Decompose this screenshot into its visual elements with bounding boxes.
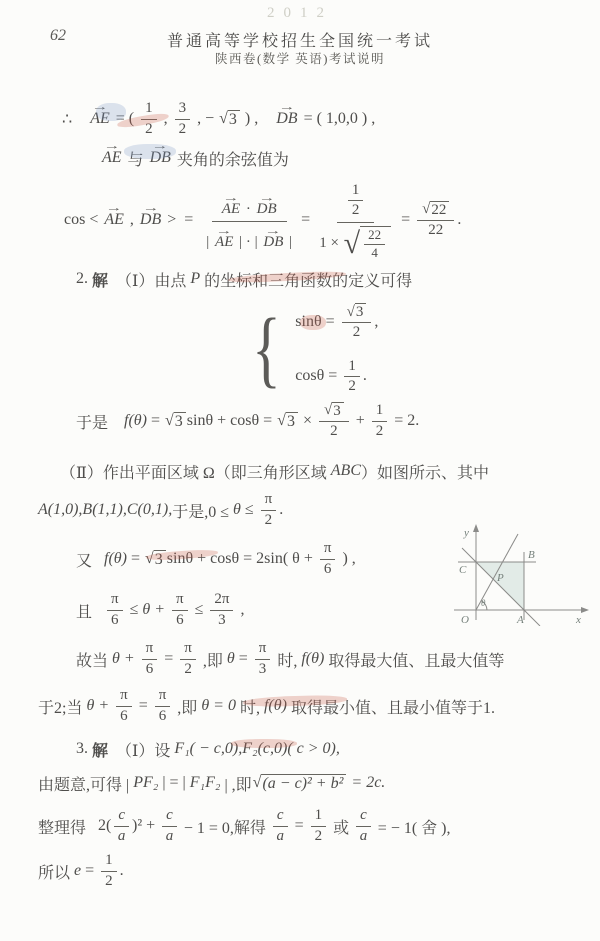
fraction-numerator: 1: [372, 402, 388, 421]
cjk-text: 又: [76, 548, 104, 571]
cjk-text: | ,即: [220, 772, 251, 795]
cjk-text: 或: [329, 815, 353, 838]
cjk-text: （Ⅱ）作出平面区域 Ω（即三角形区域: [60, 460, 331, 483]
fraction-numerator: 22: [364, 228, 385, 245]
radical-sign: √: [219, 111, 228, 127]
system-row-cos: cosθ = 12 .: [295, 358, 378, 396]
fraction-pi-6: π6: [172, 591, 188, 629]
cjk-text: − 1 = 0,解得: [180, 815, 270, 838]
fraction-denominator: 6: [176, 611, 184, 629]
fraction-denominator: 6: [324, 560, 332, 578]
cjk-text: ,即: [173, 695, 201, 718]
cjk-text: 夹角的余弦值为: [173, 147, 289, 170]
fraction-numerator: π: [155, 687, 171, 706]
fraction-c-a: ca: [114, 807, 129, 845]
leq: ≤: [241, 501, 258, 519]
figure-label-o: O: [461, 614, 469, 626]
fraction-denominator: 2: [330, 422, 338, 440]
equals: =: [326, 313, 339, 331]
cjk-text: 故当: [76, 648, 112, 671]
fraction-numerator: 12: [337, 179, 375, 224]
fraction-pi-6: π6: [142, 640, 158, 678]
cjk-text: 时,: [236, 695, 264, 718]
var-theta: θ: [227, 650, 235, 668]
fraction-numerator: 1: [344, 358, 360, 377]
equals: =: [291, 817, 308, 835]
fraction-1-2: 12: [311, 807, 327, 845]
math-text: , −: [193, 110, 218, 128]
line-vertices: A(1,0),B(1,1),C(0,1), 于是,0 ≤ θ ≤ π2 .: [38, 489, 283, 531]
system-trig: { sinθ = √32 , cosθ = 12 .: [252, 303, 378, 395]
line-eccentricity: 所以 e = 12 .: [38, 848, 124, 894]
math-text: ,: [126, 211, 138, 229]
math-text: |: [206, 234, 213, 251]
page-subtitle: 陕西卷(数学 英语)考试说明: [0, 49, 600, 67]
radical-sign: √: [422, 202, 430, 217]
period: .: [363, 367, 367, 385]
fraction: 224: [364, 228, 385, 261]
vector-db: DB: [276, 110, 297, 128]
cjk-text: 取得最小值、且最小值等于1.: [287, 695, 495, 718]
radicand: 3: [154, 550, 166, 569]
fraction-numerator: 1: [311, 807, 327, 826]
fraction-numerator: 3: [175, 100, 191, 119]
equals: =: [397, 211, 414, 229]
fraction-c-a: ca: [356, 807, 371, 845]
cjk-text: （Ⅰ）设: [108, 738, 174, 761]
vector-db: DB: [150, 149, 171, 167]
fraction-denominator: 6: [146, 660, 154, 678]
fraction-numerator: √3: [342, 303, 372, 323]
fraction-result: √22 22: [417, 201, 454, 240]
vector-db: DB: [263, 234, 283, 251]
line-max-value: 故当 θ + π6 = π2 ,即 θ = π3 时, f(θ) 取得最大值、且…: [76, 637, 504, 681]
period: .: [457, 211, 461, 229]
cjk-text: 于是,0 ≤: [172, 499, 233, 522]
cjk-text: ,即: [199, 648, 227, 671]
cjk-text: 时,: [273, 648, 301, 671]
segment-pf2: PF₂: [133, 774, 158, 792]
fraction-pi-6: π6: [155, 687, 171, 725]
cjk-text: ）如图所示、其中: [361, 460, 489, 483]
line-solution3: 3. 解 （Ⅰ）设 F₁( − c,0),F₂(c,0)( c > 0),: [76, 735, 340, 763]
fraction-numerator: c: [114, 807, 129, 826]
fraction-denominator: a: [360, 827, 368, 845]
fraction-denominator: 2: [184, 660, 192, 678]
fraction-denominator: | AE | · | DB |: [206, 222, 292, 251]
radicand: 22: [430, 201, 449, 219]
fraction-denominator: 2: [315, 827, 323, 845]
cjk-text: 于是: [76, 410, 124, 433]
fraction-pi-2: π2: [180, 640, 196, 678]
fraction-1-2: 12: [101, 852, 117, 890]
figure-label-x: x: [575, 614, 581, 626]
fraction-denominator: 6: [120, 707, 128, 725]
item-number: 2.: [76, 270, 92, 288]
sqrt-3: √3: [277, 412, 298, 431]
fraction-denominator: 2: [145, 120, 153, 138]
fraction-numerator: π: [261, 491, 277, 510]
fraction-numerator: π: [255, 640, 271, 659]
var-e: e: [74, 862, 81, 880]
math-text: |: [285, 234, 292, 251]
equals: =: [127, 550, 144, 568]
fraction-numerator: 2π: [210, 591, 233, 610]
sqrt-3: √3: [145, 550, 166, 569]
radicand: (a − c)² + b²: [261, 774, 346, 793]
item-number: 3.: [76, 740, 92, 758]
sqrt-expression: √(a − c)² + b²: [253, 774, 347, 793]
fraction-denominator: 6: [159, 707, 167, 725]
fraction-denominator: a: [118, 827, 126, 845]
var-abc: ABC: [331, 462, 361, 480]
equals: =: [235, 650, 252, 668]
line-min-value: 于2;当 θ + π6 = π6 ,即 θ = 0 时, f(θ) 取得最小值、…: [38, 684, 495, 728]
cjk-text: 与: [124, 147, 148, 170]
sqrt-3: √3: [165, 412, 186, 431]
fraction-2pi-3: 2π3: [210, 591, 233, 629]
cjk-text: 取得最大值、且最大值等: [324, 648, 504, 671]
fraction-denominator: 22: [428, 221, 443, 239]
figure-label-a: A: [516, 614, 524, 626]
cjk-text: 由题意,可得 |: [38, 772, 133, 795]
fraction-numerator: 1: [141, 100, 157, 119]
fraction-numerator: π: [116, 687, 132, 706]
fraction-denominator: 2: [348, 377, 356, 395]
var-theta: θ = 0: [201, 697, 236, 715]
fraction-denominator: 1 × √224: [319, 223, 392, 261]
fraction-pi-6: π6: [107, 591, 123, 629]
math-text: = ( 1,0,0 ) ,: [300, 110, 376, 128]
math-text: | · |: [235, 234, 261, 251]
sqrt-3: √3: [219, 110, 240, 129]
line-solution2: 2. 解 （Ⅰ）由点 P 的坐标和三角函数的定义可得: [76, 266, 412, 292]
math-text: sinθ: [295, 313, 325, 331]
fraction-denominator: 2: [179, 120, 187, 138]
vector-ae: AE: [215, 234, 233, 251]
radicand: 224: [360, 226, 391, 261]
radical-sign: √: [324, 403, 332, 418]
figure-region-plot: y x O A B C P θ: [448, 522, 596, 626]
fraction-numerator: π: [107, 591, 123, 610]
math-text: = 2.: [390, 412, 419, 430]
cjk-text: 且: [76, 599, 104, 622]
cjk-text: 整理得: [38, 815, 98, 838]
line-simplify: 整理得 2( ca )² + ca − 1 = 0,解得 ca = 12 或 c…: [38, 804, 451, 848]
vertex-coords: A(1,0),B(1,1),C(0,1),: [38, 501, 172, 519]
line-region: （Ⅱ）作出平面区域 Ω（即三角形区域 ABC ）如图所示、其中: [60, 458, 489, 484]
figure-label-c: C: [459, 564, 467, 576]
figure-label-b: B: [528, 549, 535, 561]
math-text: 2sin( θ +: [256, 550, 317, 568]
line-theta-range: 且 π6 ≤ θ + π6 ≤ 2π3 ,: [76, 588, 244, 632]
fraction-numerator: √22: [417, 201, 454, 221]
fraction-numerator: c: [162, 807, 177, 826]
fraction-dot-product: AE · DB | AE | · | DB |: [206, 189, 292, 252]
fraction-denominator: 6: [111, 611, 119, 629]
math-text: > =: [163, 211, 201, 229]
period: .: [279, 501, 283, 519]
system-row-sin: sinθ = √32 ,: [295, 303, 378, 342]
var-theta: θ: [233, 501, 241, 519]
sqrt-3: √3: [347, 303, 367, 321]
fraction-numerator: AE · DB: [212, 189, 287, 222]
system-brace: {: [252, 309, 281, 388]
radicand: 3: [332, 402, 344, 420]
radical-sign: √: [347, 305, 355, 320]
math-text: θ +: [142, 601, 169, 619]
fraction-denominator: 2: [265, 511, 273, 529]
fraction-denominator: 2: [376, 422, 384, 440]
math-text: ) ,: [241, 110, 274, 128]
equals: =: [160, 650, 177, 668]
math-text: = (: [112, 110, 138, 128]
f-theta: f(θ): [264, 697, 287, 715]
equals: =: [135, 697, 152, 715]
figure-label-p: P: [496, 572, 504, 584]
vector-ae: AE: [90, 110, 110, 128]
cjk-text: 的坐标和三角函数的定义可得: [200, 268, 412, 291]
page-title: 普通高等学校招生全国统一考试: [0, 28, 600, 51]
sqrt-22: √22: [422, 201, 449, 219]
fraction-denominator: 2: [352, 201, 360, 219]
math-text: sinθ + cosθ =: [187, 412, 276, 430]
fraction: 12: [344, 358, 360, 396]
cjk-text: = − 1( 舍 ),: [374, 815, 451, 838]
segment-f1f2: F₁F₂: [190, 774, 221, 792]
radical-sign: √: [165, 413, 174, 429]
math-text: 1 ×: [319, 235, 342, 252]
math-text: | = |: [158, 774, 189, 792]
fraction-c-a: ca: [162, 807, 177, 845]
dot-operator: ·: [242, 201, 255, 218]
math-text: cosθ: [295, 367, 328, 385]
fraction: 12: [372, 402, 388, 440]
math-text: = 2c.: [347, 774, 385, 792]
var-p: P: [190, 270, 200, 288]
fraction-pi-2: π2: [261, 491, 277, 529]
sqrt-22-4: √224: [344, 226, 391, 261]
f-theta: f(θ): [124, 412, 147, 430]
math-text: ,: [160, 110, 172, 128]
fraction: 12: [348, 182, 364, 220]
radical-sign: √: [145, 551, 154, 567]
math-text: sinθ + cosθ =: [167, 550, 256, 568]
fraction-numerator: 1: [101, 852, 117, 871]
math-text: cos <: [64, 211, 102, 229]
radicand: 3: [174, 412, 186, 431]
formula-cosine: cos < AE , DB > = AE · DB | AE | · | DB …: [64, 174, 461, 266]
fraction-numerator: c: [356, 807, 371, 826]
math-text: )² +: [132, 817, 159, 835]
fraction-denominator: 4: [371, 245, 378, 261]
equals: =: [81, 862, 98, 880]
scanned-exam-solution-page: 2012 62 普通高等学校招生全国统一考试 陕西卷(数学 英语)考试说明 ∴ …: [0, 0, 600, 941]
y-axis-arrowhead: [473, 524, 479, 532]
solve-label: 解: [92, 738, 108, 761]
math-text: 2(: [98, 817, 111, 835]
x-axis-arrowhead: [581, 607, 589, 613]
f-theta: f(θ): [104, 550, 127, 568]
therefore-symbol: ∴: [62, 109, 88, 129]
f-theta: f(θ): [301, 650, 324, 668]
fraction-denominator: a: [276, 827, 284, 845]
radical-sign: √: [277, 413, 286, 429]
fraction: √32: [319, 402, 349, 441]
fraction-numerator: √3: [319, 402, 349, 422]
radicand: 3: [355, 303, 367, 321]
equals: =: [297, 211, 314, 229]
figure-label-theta: θ: [481, 598, 486, 608]
math-text: θ +: [112, 650, 139, 668]
fraction-c-a: ca: [273, 807, 288, 845]
leq: ≤: [191, 601, 208, 619]
comma: ,: [236, 601, 244, 619]
line-cosine-intro: AE 与 DB 夹角的余弦值为: [100, 143, 289, 173]
period: .: [120, 862, 124, 880]
fraction-denominator: 3: [218, 611, 226, 629]
foci-coords: F₁( − c,0),F₂(c,0)( c > 0),: [174, 740, 340, 758]
math-text: ) ,: [338, 550, 355, 568]
leq: ≤: [126, 601, 143, 619]
fraction-pi-3: π3: [255, 640, 271, 678]
fraction-numerator: c: [273, 807, 288, 826]
fraction-denominator: 2: [105, 872, 113, 890]
line-focal-condition: 由题意,可得 | PF₂ | = | F₁F₂ | ,即 √(a − c)² +…: [38, 763, 385, 803]
year-watermark: 2012: [0, 5, 600, 22]
fraction-numerator: π: [180, 640, 196, 659]
math-text: θ +: [86, 697, 113, 715]
line-f-theta-value: 于是 f(θ) = √3 sinθ + cosθ = √3 × √32 + 12…: [76, 398, 419, 444]
vector-ae: AE: [222, 201, 240, 218]
times: ×: [299, 412, 316, 430]
fraction-denominator: 3: [259, 660, 267, 678]
radical-sign: √: [253, 775, 262, 791]
equals: =: [328, 367, 341, 385]
sqrt-3: √3: [324, 402, 344, 420]
fraction: 12: [141, 100, 157, 138]
fraction: √32: [342, 303, 372, 342]
fraction: 32: [175, 100, 191, 138]
comma: ,: [374, 313, 378, 331]
vector-db: DB: [140, 211, 161, 229]
cjk-text: 于2;当: [38, 695, 86, 718]
fraction-numerator: π: [320, 540, 336, 559]
plus: +: [352, 412, 369, 430]
fraction-value: 12 1 × √224: [319, 179, 392, 261]
fraction-denominator: a: [166, 827, 174, 845]
fraction-numerator: π: [172, 591, 188, 610]
radicand: 3: [228, 110, 240, 129]
fraction-numerator: π: [142, 640, 158, 659]
equals: =: [147, 412, 164, 430]
line-f-transform: 又 f(θ) = √3 sinθ + cosθ = 2sin( θ + π6 )…: [76, 537, 356, 581]
radicand: 3: [286, 412, 298, 431]
vector-db: DB: [257, 201, 277, 218]
fraction-numerator: 1: [348, 182, 364, 201]
fraction-denominator: 2: [353, 323, 361, 341]
system-rows: sinθ = √32 , cosθ = 12 .: [295, 303, 378, 395]
line-therefore-vectors: ∴ AE = ( 12 , 32 , − √3 ) , DB = ( 1,0,0…: [62, 97, 375, 141]
radical-sign: √: [344, 231, 360, 257]
vector-ae: AE: [104, 211, 124, 229]
fraction-pi-6: π6: [116, 687, 132, 725]
cjk-text: 所以: [38, 860, 74, 883]
vector-ae: AE: [102, 149, 122, 167]
solve-label: 解: [92, 268, 108, 291]
figure-label-y: y: [463, 527, 469, 539]
cjk-text: （Ⅰ）由点: [108, 268, 190, 291]
fraction-pi-6: π6: [320, 540, 336, 578]
